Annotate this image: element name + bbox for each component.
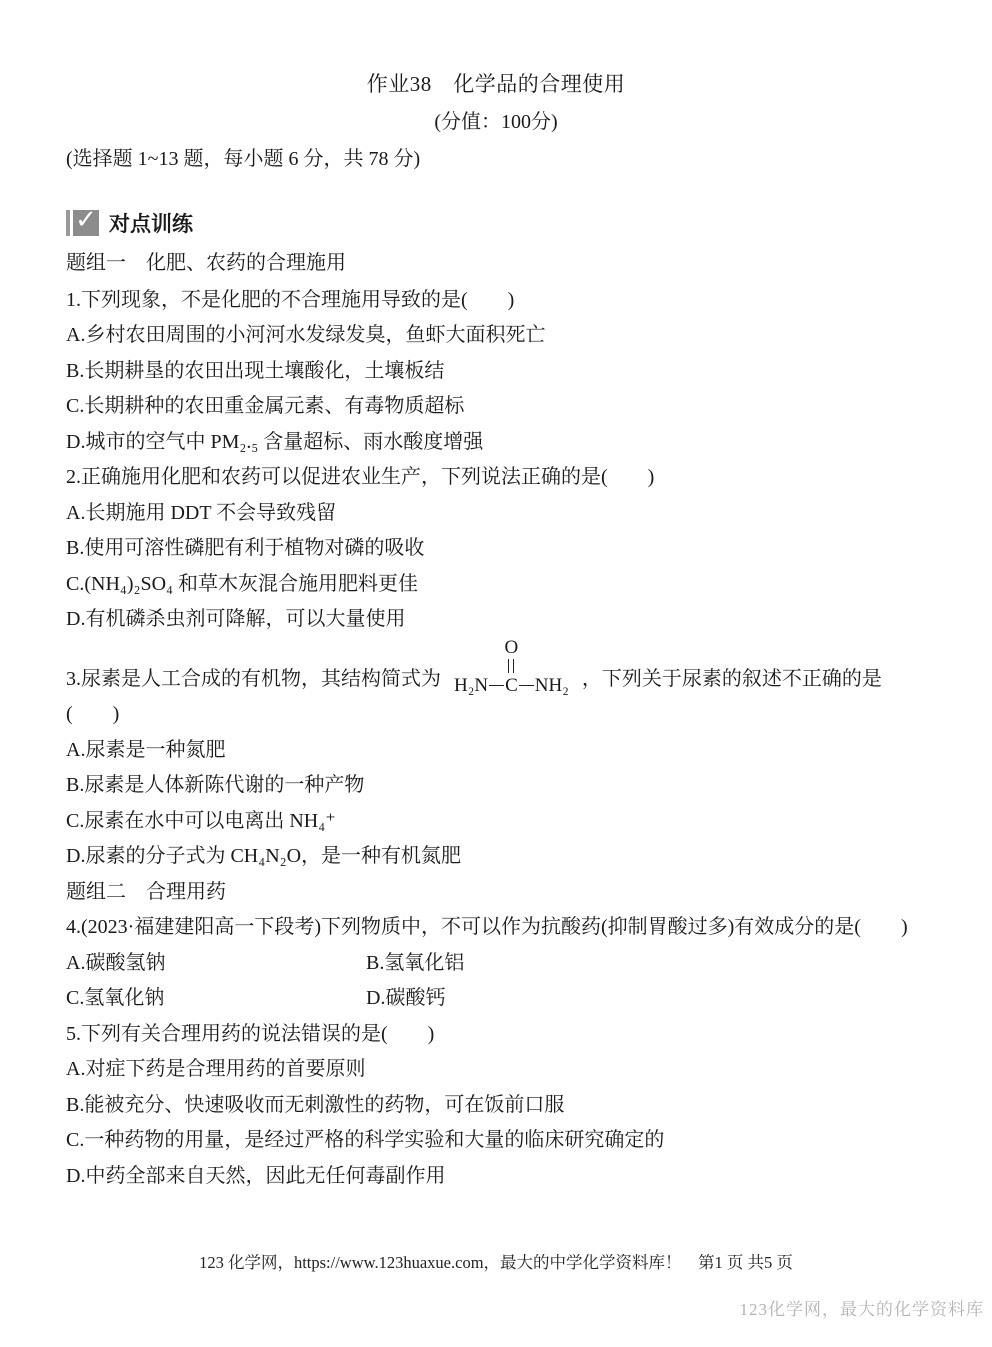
question5-option-c: C.一种药物的用量，是经过严格的科学实验和大量的临床研究确定的 (66, 1123, 926, 1159)
question2-option-d: D.有机磷杀虫剂可降解，可以大量使用 (66, 602, 926, 638)
question4-option-d: D.碳酸钙 (366, 981, 926, 1017)
question1-option-a: A.乡村农田周围的小河河水发绿发臭，鱼虾大面积死亡 (66, 318, 926, 354)
question1-option-b: B.长期耕垦的农田出现土壤酸化，土壤板结 (66, 354, 926, 390)
question4-options-grid: A.碳酸氢钠 B.氢氧化铝 C.氢氧化钠 D.碳酸钙 (66, 946, 926, 1017)
badge-bar-decoration (66, 210, 70, 236)
score-line: (分值：100分) (66, 106, 926, 138)
worksheet-page: 作业38 化学品的合理使用 (分值：100分) (选择题 1~13 题，每小题 … (0, 0, 992, 1347)
question2-option-a: A.长期施用 DDT 不会导致残留 (66, 496, 926, 532)
urea-h2n-group: H₂N (454, 675, 488, 697)
question5-stem: 5.下列有关合理用药的说法错误的是( ) (66, 1017, 926, 1053)
checkbox-check-icon: ✓ (73, 210, 99, 236)
page-title: 作业38 化学品的合理使用 (66, 70, 926, 98)
double-bond-line (508, 659, 514, 673)
question3-stem: 3.尿素是人工合成的有机物，其结构简式为 O H₂N C NH₂ ，下列关于尿素… (66, 638, 926, 733)
footer-site-info: 123 化学网，https://www.123huaxue.com，最大的中学化… (0, 1249, 992, 1273)
question3-option-c: C.尿素在水中可以电离出 NH₄⁺ (66, 804, 926, 840)
urea-oxygen-atom: O (454, 638, 569, 658)
single-bond-line (519, 685, 534, 686)
section-header: ✓ 对点训练 (66, 206, 926, 240)
watermark-text: 123化学网，最大的化学资料库 (740, 1295, 985, 1320)
single-bond-line (489, 685, 504, 686)
question1-option-d: D.城市的空气中 PM₂.₅ 含量超标、雨水酸度增强 (66, 425, 926, 461)
group1-label: 题组一 化肥、农药的合理施用 (66, 246, 926, 282)
question4-option-c: C.氢氧化钠 (66, 981, 366, 1017)
question4-option-b: B.氢氧化铝 (366, 946, 926, 982)
urea-nh2-group: NH₂ (535, 675, 569, 697)
urea-structure-formula: O H₂N C NH₂ (454, 638, 569, 697)
question4-option-a: A.碳酸氢钠 (66, 946, 366, 982)
question3-option-a: A.尿素是一种氮肥 (66, 733, 926, 769)
question3-stem-prefix: 3.尿素是人工合成的有机物，其结构简式为 (66, 668, 441, 690)
question3-option-d: D.尿素的分子式为 CH₄N₂O，是一种有机氮肥 (66, 839, 926, 875)
urea-carbon-atom: C (505, 675, 518, 697)
question5-option-b: B.能被充分、快速吸收而无刺激性的药物，可在饭前口服 (66, 1088, 926, 1124)
question1-stem: 1.下列现象，不是化肥的不合理施用导致的是( ) (66, 283, 926, 319)
question3-option-b: B.尿素是人体新陈代谢的一种产物 (66, 768, 926, 804)
question1-option-c: C.长期耕种的农田重金属元素、有毒物质超标 (66, 389, 926, 425)
group2-label: 题组二 合理用药 (66, 875, 926, 911)
question2-option-c: C.(NH₄)₂SO₄ 和草木灰混合施用肥料更佳 (66, 567, 926, 603)
choice-note: (选择题 1~13 题，每小题 6 分，共 78 分) (66, 142, 926, 176)
question4-stem: 4.(2023·福建建阳高一下段考)下列物质中，不可以作为抗酸药(抑制胃酸过多)… (66, 910, 926, 946)
section-header-label: 对点训练 (109, 208, 193, 238)
question2-stem: 2.正确施用化肥和农药可以促进农业生产，下列说法正确的是( ) (66, 460, 926, 496)
question2-option-b: B.使用可溶性磷肥有利于植物对磷的吸收 (66, 531, 926, 567)
question5-option-a: A.对症下药是合理用药的首要原则 (66, 1052, 926, 1088)
question5-option-d: D.中药全部来自天然，因此无任何毒副作用 (66, 1159, 926, 1195)
